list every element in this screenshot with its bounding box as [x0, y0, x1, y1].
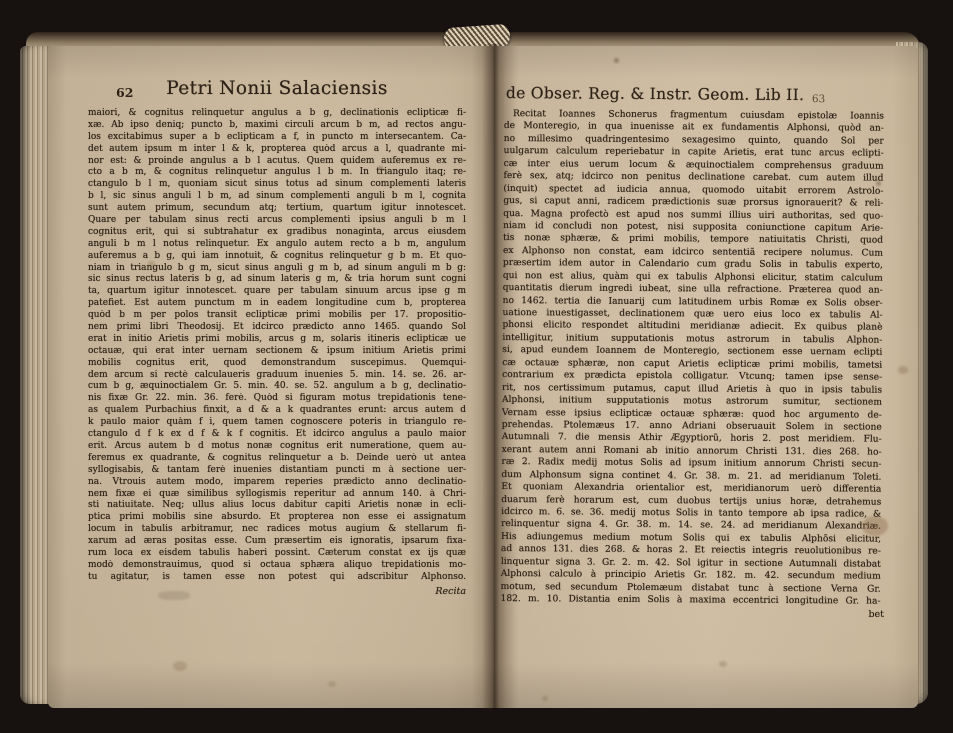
text-line: los excitabimus super a b eclipticam a f… [88, 132, 466, 144]
left-page: 62 Petri Nonii Salaciensis maiori, & cog… [48, 46, 494, 708]
text-line: b l, sic sinus anguli l b m, ad sinum co… [88, 191, 466, 203]
text-line: modò demonstrauimus, quod si octaua sphæ… [88, 560, 466, 572]
text-line: det autem ipsum m inter l & k, propterea… [88, 144, 466, 156]
text-line: anguli b m l notus relinquetur. Ex angul… [88, 239, 466, 251]
text-line: sunt autem primum, secundum atq; tertium… [88, 203, 466, 215]
text-line: syllogisabis, & tantam ferè inuenies dis… [88, 465, 466, 477]
text-line: feremus ex quadrante, & cognitus relinqu… [88, 453, 466, 465]
left-running-title: Petri Nonii Salaciensis [88, 78, 466, 99]
right-page: de Obser. Reg. & Instr. Geom. Lib II. 63… [494, 46, 918, 708]
text-line: cum b g, æquinoctialem Gr. 5. min. 40. s… [88, 381, 466, 393]
text-line: mobilis cognitus erit, quod demonstrandu… [88, 358, 466, 370]
text-line: rum loca ex eisdem tabulis haberi possin… [88, 548, 466, 560]
text-line: auferemus a b g, qui iam innotuit, & cog… [88, 251, 466, 263]
stain-spot [328, 681, 336, 687]
text-line: tu agitatur, is tamen esse non potest qu… [88, 572, 466, 584]
text-line: k paulo maior quàm f i, quem tamen cogno… [88, 417, 466, 429]
left-page-header: 62 Petri Nonii Salaciensis [88, 78, 466, 104]
stain-spot [542, 696, 548, 701]
right-catchword: bet [504, 609, 892, 620]
text-line: nem primi libri Theodosij. Et idcirco pr… [88, 322, 466, 334]
left-page-text: maiori, & cognitus relinquetur angulus a… [88, 108, 466, 584]
text-line: locum in tabulis arbitramur, nec radices… [88, 524, 466, 536]
text-line: 182. m. 10. Distantia enim Solis à maxim… [501, 593, 881, 608]
right-running-title: de Obser. Reg. & Instr. Geom. Lib II. [506, 84, 804, 104]
text-line: na. Vtrouis autem modo, imparem reperies… [88, 477, 466, 489]
text-line: ta, quartum igitur innotescet. quare per… [88, 286, 466, 298]
stain-spot [173, 661, 187, 671]
right-page-number: 63 [812, 93, 825, 105]
text-line: xarum ad æras positas esse. Cum præserti… [88, 536, 466, 548]
stain-spot [898, 366, 908, 374]
text-line: as qualem Purbachius finxit, a d & a k q… [88, 405, 466, 417]
text-line: erat in initio Arietis primi mobilis, ar… [88, 334, 466, 346]
right-page-header: de Obser. Reg. & Instr. Geom. Lib II. 63 [504, 82, 888, 111]
text-line: sti natiuitate. Neq; ullus alius locus d… [88, 500, 466, 512]
left-fore-edge-pages [20, 46, 50, 704]
text-line: patefiet. Est autem punctum m in eadem l… [88, 298, 466, 310]
text-line: ctangulo b l m, quoniam sicut sinus totu… [88, 179, 466, 191]
text-line: xæ. Ab ipso deniq; puncto b, maximi circ… [88, 120, 466, 132]
text-line: octauæ, qui erat inter uernam sectionem … [88, 346, 466, 358]
stain-spot [719, 661, 727, 667]
gutter-shadow [482, 44, 506, 710]
open-book: 62 Petri Nonii Salaciensis maiori, & cog… [20, 26, 928, 710]
text-line: cto a b m, & cognitus relinquetur angulu… [88, 167, 466, 179]
text-line: maiori, & cognitus relinquetur angulus a… [88, 108, 466, 120]
book-scan: 62 Petri Nonii Salaciensis maiori, & cog… [0, 0, 953, 733]
text-line: nem fixæ ei quæ similibus syllogismis re… [88, 489, 466, 501]
text-line: nor est: & proinde angulus a b l acutus.… [88, 156, 466, 168]
text-line: dem arcum si rectè calculaueris graduum … [88, 370, 466, 382]
text-line: sic sinus rectus lateris b g, ad sinum l… [88, 274, 466, 286]
text-line: Quare per tabulam sinus recti arcus comp… [88, 215, 466, 227]
text-line: ctangulo d f k ex d f & k f cognitis. Et… [88, 429, 466, 441]
text-line: cognitus erit, qui si subtrahatur ex gra… [88, 227, 466, 239]
right-page-text: Recitat Ioannes Schonerus fragmentum cui… [501, 108, 884, 608]
text-line: quòd b m per polos transit eclipticæ pri… [88, 310, 466, 322]
stain-spot [614, 58, 619, 63]
left-catchword: Recita [88, 586, 492, 597]
text-line: erit. Arcus autem b d motus nonæ cognitu… [88, 441, 466, 453]
text-line: niam in triangulo b g m, sicut sinus ang… [88, 263, 466, 275]
text-line: ptica primi mobilis sine absurdo. Et pro… [88, 512, 466, 524]
text-line: nis fixæ Gr. 22. min. 36. ferè. Quòd si … [88, 393, 466, 405]
